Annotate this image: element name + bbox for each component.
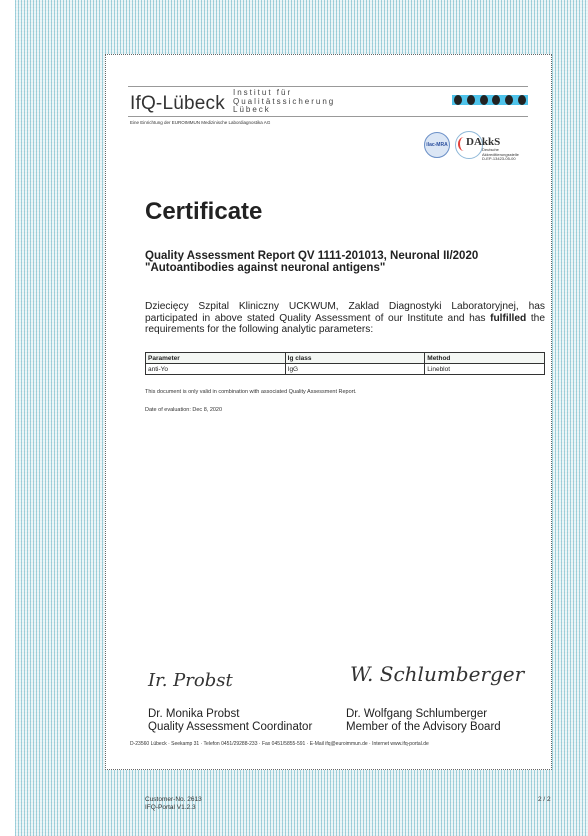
report-heading: Quality Assessment Report QV 1111-201013… [145,250,478,274]
signer-schlumberger: Dr. Wolfgang Schlumberger Member of the … [346,708,501,734]
evaluation-date: Date of evaluation: Dec 8, 2020 [145,407,222,413]
table-row: anti-Yo IgG Lineblot [146,364,545,375]
parameters-table: Parameter Ig class Method anti-Yo IgG Li… [145,352,545,375]
statement-text: Dziecięcy Szpital Kliniczny UCKWUM, Zakl… [145,301,545,324]
customer-number: Customer-No. 2613 [145,796,202,804]
logo: IfQ-Lübeck [130,93,225,115]
table-cell: Lineblot [425,364,545,375]
dakks-line: D-EP-13423-05-00 [482,157,519,162]
table-header-row: Parameter Ig class Method [146,353,545,364]
report-subject: "Autoantibodies against neuronal antigen… [145,262,478,274]
participation-statement: Dziecięcy Szpital Kliniczny UCKWUM, Zakl… [145,301,545,336]
signer-role: Quality Assessment Coordinator [148,721,312,734]
column-header: Parameter [146,353,286,364]
logo-subtitle: Institut für Qualitätssicherung Lübeck [233,89,335,115]
header-top-rule [128,86,528,87]
tagline: Eine Einrichtung der EUROIMMUN Medizinis… [130,120,270,125]
certificate-title: Certificate [145,198,262,226]
signer-probst: Dr. Monika Probst Quality Assessment Coo… [148,708,312,734]
logo-sub-line: Lübeck [233,106,335,115]
column-header: Ig class [285,353,425,364]
institute-address: D-23560 Lübeck · Seekamp 31 · Telefon 04… [130,741,429,747]
ilac-mra-logo-icon: ilac-MRA [424,132,450,158]
column-header: Method [425,353,545,364]
table-cell: IgG [285,364,425,375]
signer-name: Dr. Monika Probst [148,708,312,721]
brand-stripe-icon [452,95,528,105]
statement-bold: fulfilled [490,313,526,324]
page-number: 2 / 2 [538,796,551,803]
signature-probst: Ir. Probst [148,670,233,691]
footer-info: Customer-No. 2613 IFQ-Portal V1.2.3 [145,796,202,812]
dakks-text: Deutsche Akkreditierungsstelle D-EP-1342… [482,148,519,162]
signature-schlumberger: W. Schlumberger [350,662,524,686]
signer-role: Member of the Advisory Board [346,721,501,734]
table-cell: anti-Yo [146,364,286,375]
report-line: Quality Assessment Report QV 1111-201013… [145,250,478,262]
portal-version: IFQ-Portal V1.2.3 [145,804,202,812]
validity-note: This document is only valid in combinati… [145,389,357,395]
header-bottom-rule [128,116,528,117]
signer-name: Dr. Wolfgang Schlumberger [346,708,501,721]
